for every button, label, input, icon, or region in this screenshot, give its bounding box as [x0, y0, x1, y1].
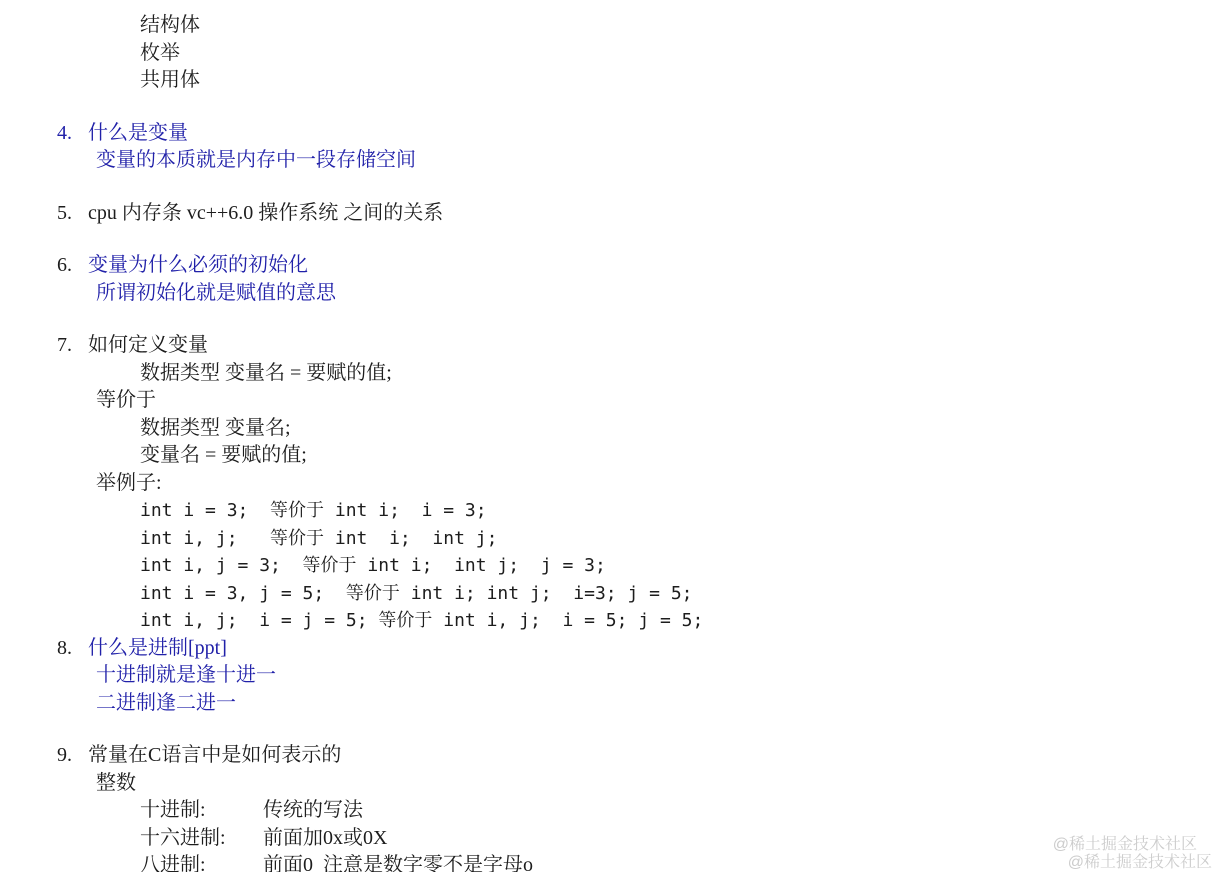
item-number: 6.: [57, 252, 72, 280]
term-description: 前面加0x或0X: [263, 825, 387, 853]
doc-line-3: 共用体: [0, 67, 1226, 95]
doc-line-11: 等价于: [0, 387, 1226, 415]
document-body: 结构体枚举共用体4.什么是变量变量的本质就是内存中一段存储空间5.cpu 内存条…: [0, 12, 1226, 872]
doc-line-8: 所谓初始化就是赋值的意思: [0, 280, 1226, 308]
doc-line-16: int i, j; 等价于 int i; int j;: [0, 525, 1226, 553]
line-text: int i, j; i = j = 5; 等价于 int i, j; i = 5…: [0, 607, 703, 635]
line-text: int i = 3, j = 5; 等价于 int i; int j; i=3;…: [0, 580, 693, 608]
line-text: 变量为什么必须的初始化: [0, 252, 308, 280]
line-text: 常量在C语言中是如何表示的: [0, 742, 341, 770]
doc-line-13: 变量名 = 要赋的值;: [0, 442, 1226, 470]
line-text: 等价于: [0, 387, 156, 415]
doc-line-27: 八进制:前面0 注意是数字零不是字母o: [0, 852, 1226, 872]
doc-line-6: 5.cpu 内存条 vc++6.0 操作系统 之间的关系: [0, 200, 1226, 228]
line-text: 如何定义变量: [0, 332, 208, 360]
doc-line-5: 变量的本质就是内存中一段存储空间: [0, 147, 1226, 175]
doc-line-1: 结构体: [0, 12, 1226, 40]
line-text: 什么是变量: [0, 120, 188, 148]
item-number: 4.: [57, 120, 72, 148]
line-text: 共用体: [0, 67, 200, 95]
item-number: 5.: [57, 200, 72, 228]
line-text: 举例子:: [0, 470, 162, 498]
doc-line-24: 整数: [0, 770, 1226, 798]
item-number: 9.: [57, 742, 72, 770]
doc-line-19: int i, j; i = j = 5; 等价于 int i, j; i = 5…: [0, 607, 1226, 635]
doc-line-20: 8.什么是进制[ppt]: [0, 635, 1226, 663]
line-text: 数据类型 变量名;: [0, 415, 291, 443]
doc-line-17: int i, j = 3; 等价于 int i; int j; j = 3;: [0, 552, 1226, 580]
line-text: 所谓初始化就是赋值的意思: [0, 280, 336, 308]
line-text: 二进制逢二进一: [0, 690, 236, 718]
line-text: 什么是进制[ppt]: [0, 635, 227, 663]
line-text: 变量的本质就是内存中一段存储空间: [0, 147, 416, 175]
line-text: int i, j; 等价于 int i; int j;: [0, 525, 497, 553]
line-text: 整数: [0, 770, 136, 798]
doc-line-23: 9.常量在C语言中是如何表示的: [0, 742, 1226, 770]
doc-line-12: 数据类型 变量名;: [0, 415, 1226, 443]
line-text: 十进制就是逢十进一: [0, 662, 276, 690]
doc-line-21: 十进制就是逢十进一: [0, 662, 1226, 690]
doc-line-10: 数据类型 变量名 = 要赋的值;: [0, 360, 1226, 388]
doc-line-4: 4.什么是变量: [0, 120, 1226, 148]
doc-line-15: int i = 3; 等价于 int i; i = 3;: [0, 497, 1226, 525]
term-label: 十六进制:: [0, 825, 226, 853]
line-text: 枚举: [0, 40, 180, 68]
term-description: 前面0 注意是数字零不是字母o: [263, 852, 533, 872]
doc-line-26: 十六进制:前面加0x或0X: [0, 825, 1226, 853]
doc-line-25: 十进制:传统的写法: [0, 797, 1226, 825]
doc-line-9: 7.如何定义变量: [0, 332, 1226, 360]
item-number: 7.: [57, 332, 72, 360]
line-text: int i = 3; 等价于 int i; i = 3;: [0, 497, 487, 525]
line-text: 结构体: [0, 12, 200, 40]
doc-line-22: 二进制逢二进一: [0, 690, 1226, 718]
watermark-line-2: @稀土掘金技术社区: [1068, 849, 1212, 872]
term-label: 八进制:: [0, 852, 206, 872]
doc-line-14: 举例子:: [0, 470, 1226, 498]
term-label: 十进制:: [0, 797, 206, 825]
doc-line-18: int i = 3, j = 5; 等价于 int i; int j; i=3;…: [0, 580, 1226, 608]
item-number: 8.: [57, 635, 72, 663]
term-description: 传统的写法: [263, 797, 363, 825]
doc-line-7: 6.变量为什么必须的初始化: [0, 252, 1226, 280]
line-text: 变量名 = 要赋的值;: [0, 442, 307, 470]
line-text: int i, j = 3; 等价于 int i; int j; j = 3;: [0, 552, 606, 580]
doc-line-2: 枚举: [0, 40, 1226, 68]
line-text: 数据类型 变量名 = 要赋的值;: [0, 360, 392, 388]
notes-page: 结构体枚举共用体4.什么是变量变量的本质就是内存中一段存储空间5.cpu 内存条…: [0, 0, 1226, 872]
